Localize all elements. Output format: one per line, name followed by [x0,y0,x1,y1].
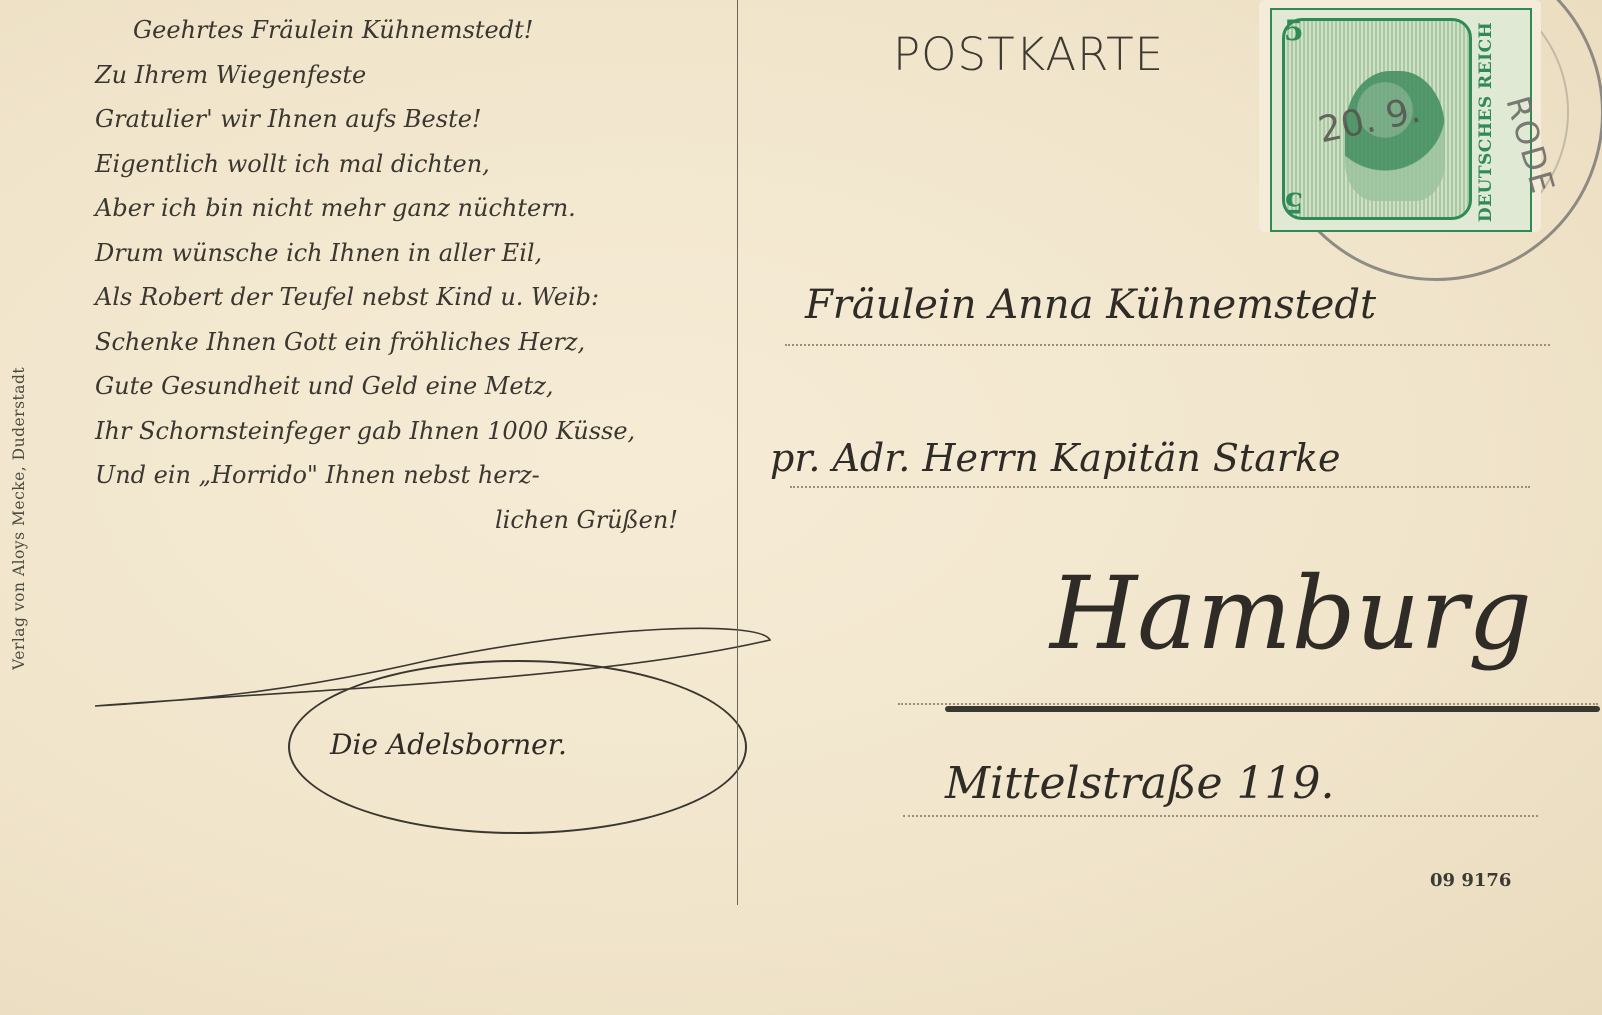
message-line: Ihr Schornsteinfeger gab Ihnen 1000 Küss… [95,409,735,454]
address-line [898,703,1598,705]
message-line: Gratulier' wir Ihnen aufs Beste! [95,97,735,142]
destination-city: Hamburg [1050,555,1532,672]
stamp-value: 5 [1284,14,1303,47]
stamp-value: 5 [1284,186,1303,219]
street-address: Mittelstraße 119. [945,758,1335,809]
message-line: Drum wünsche ich Ihnen in aller Eil, [95,231,735,276]
message-line: lichen Grüßen! [95,498,735,543]
postcard: Verlag von Aloys Mecke, Duderstadt Geehr… [0,0,1602,1015]
message-line: Geehrtes Fräulein Kühnemstedt! [95,8,735,53]
address-line [785,344,1550,346]
message-line: Und ein „Horrido" Ihnen nebst herz- [95,453,735,498]
message-line: Zu Ihrem Wiegenfeste [95,53,735,98]
recipient-name: Fräulein Anna Kühnemstedt [805,282,1376,328]
address-line [903,815,1538,817]
handwritten-message: Geehrtes Fräulein Kühnemstedt! Zu Ihrem … [95,8,735,542]
message-line: Schenke Ihnen Gott ein fröhliches Herz, [95,320,735,365]
message-line: Als Robert der Teufel nebst Kind u. Weib… [95,275,735,320]
center-divider [737,0,738,905]
city-underline [945,706,1600,712]
address-line [790,486,1530,488]
signature: Die Adelsborner. [330,728,567,761]
message-line: Gute Gesundheit und Geld eine Metz, [95,364,735,409]
stamp-country: DEUTSCHES REICH [1476,22,1496,222]
serial-number: 09 9176 [1430,870,1511,891]
publisher-imprint: Verlag von Aloys Mecke, Duderstadt [10,367,28,670]
message-line: Eigentlich wollt ich mal dichten, [95,142,735,187]
postcard-title: POSTKARTE [893,28,1164,81]
message-line: Aber ich bin nicht mehr ganz nüchtern. [95,186,735,231]
care-of-line: pr. Adr. Herrn Kapitän Starke [770,436,1341,480]
